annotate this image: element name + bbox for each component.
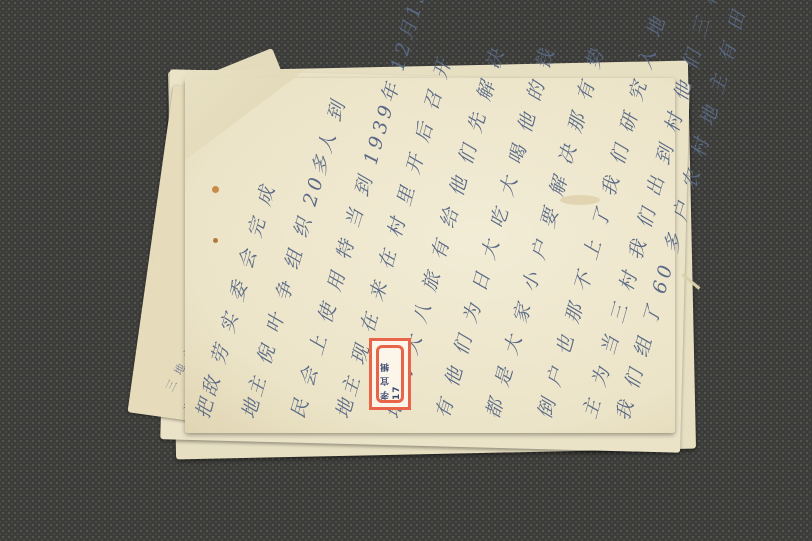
handwritten-text: 把敌 劳 实 委 会 完 成 地主 倪 叶 争 组 织 20多人 到 民 会 上… xyxy=(188,84,678,424)
archive-stamp: 孝 宜 辑 17 xyxy=(369,338,411,410)
stamp-text: 孝 宜 辑 17 xyxy=(379,348,402,400)
stamp-inner-frame: 孝 宜 辑 17 xyxy=(376,345,404,403)
document-stack: 三 地 主 下 四 事 在 斗 倒 了 地 主 刘 大 三 今 日 不 把敌 劳… xyxy=(0,0,812,541)
